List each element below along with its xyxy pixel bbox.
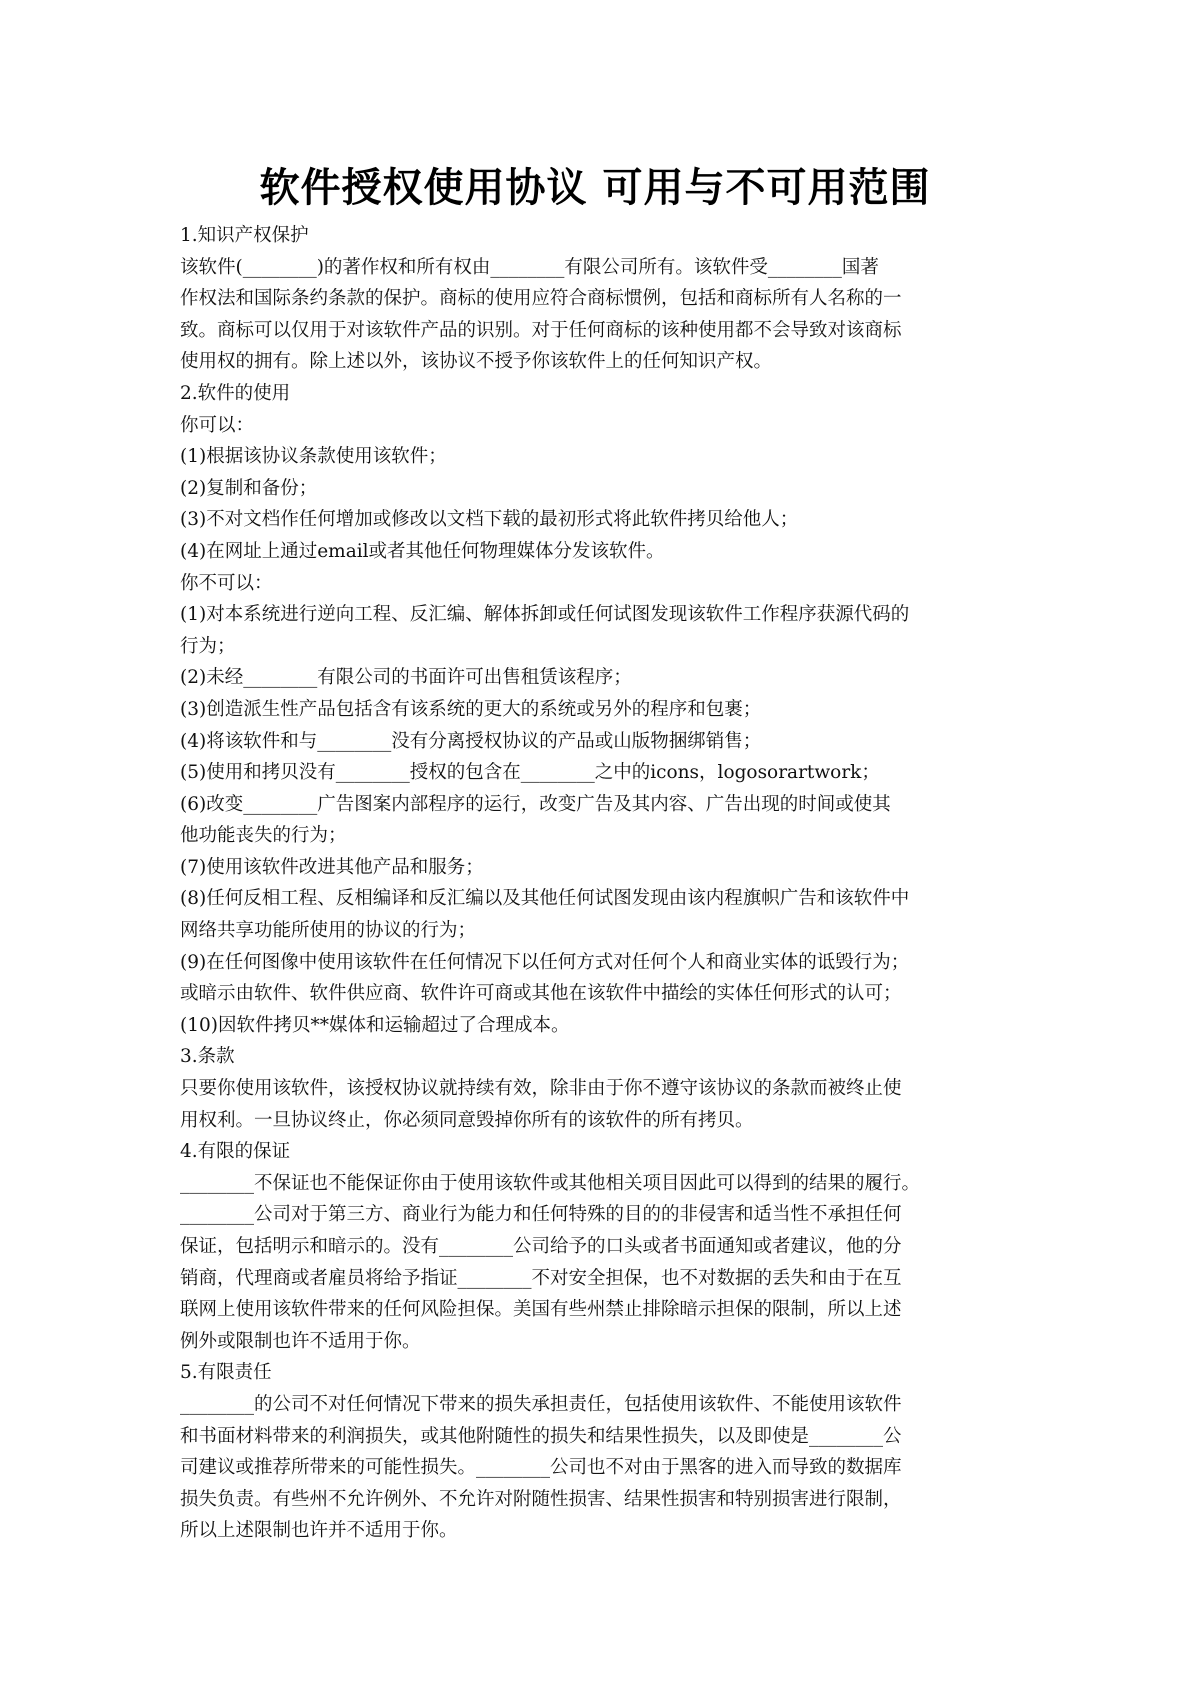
paragraph-line: 使用权的拥有。除上述以外，该协议不授予你该软件上的任何知识产权。	[180, 346, 1020, 378]
list-item: 他功能丧失的行为；	[180, 820, 1020, 852]
paragraph-line: 例外或限制也许不适用于你。	[180, 1326, 1020, 1358]
paragraph-line: 你不可以：	[180, 568, 1020, 600]
list-item: 行为；	[180, 631, 1020, 663]
list-item: 网络共享功能所使用的协议的行为；	[180, 915, 1020, 947]
document-page: 软件授权使用协议 可用与不可用范围 1.知识产权保护 该软件(________)…	[0, 0, 1190, 1683]
document-body: 1.知识产权保护 该软件(________)的著作权和所有权由________有…	[180, 220, 1020, 1547]
list-item: (9)在任何图像中使用该软件在任何情况下以任何方式对任何个人和商业实体的诋毁行为…	[180, 947, 1020, 979]
paragraph-line: ________不保证也不能保证你由于使用该软件或其他相关项目因此可以得到的结果…	[180, 1168, 1020, 1200]
list-item: (2)复制和备份；	[180, 473, 1020, 505]
list-item: (1)对本系统进行逆向工程、反汇编、解体拆卸或任何试图发现该软件工作程序获源代码…	[180, 599, 1020, 631]
section-heading-warranty: 4.有限的保证	[180, 1136, 1020, 1168]
section-heading-liability: 5.有限责任	[180, 1357, 1020, 1389]
list-item: (8)任何反相工程、反相编译和反汇编以及其他任何试图发现由该内程旗帜广告和该软件…	[180, 883, 1020, 915]
paragraph-line: 销商，代理商或者雇员将给予指证________不对安全担保，也不对数据的丢失和由…	[180, 1263, 1020, 1295]
paragraph-line: 该软件(________)的著作权和所有权由________有限公司所有。该软件…	[180, 252, 1020, 284]
paragraph-line: 和书面材料带来的利润损失，或其他附随性的损失和结果性损失，以及即使是______…	[180, 1421, 1020, 1453]
paragraph-line: 保证，包括明示和暗示的。没有________公司给予的口头或者书面通知或者建议，…	[180, 1231, 1020, 1263]
list-item: 或暗示由软件、软件供应商、软件许可商或其他在该软件中描绘的实体任何形式的认可；	[180, 978, 1020, 1010]
paragraph-line: 司建议或推荐所带来的可能性损失。________公司也不对由于黑客的进入而导致的…	[180, 1452, 1020, 1484]
section-heading-ip: 1.知识产权保护	[180, 220, 1020, 252]
document-title: 软件授权使用协议 可用与不可用范围	[0, 160, 1190, 216]
paragraph-line: 你可以：	[180, 410, 1020, 442]
list-item: (6)改变________广告图案内部程序的运行，改变广告及其内容、广告出现的时…	[180, 789, 1020, 821]
section-heading-terms: 3.条款	[180, 1041, 1020, 1073]
list-item: (4)在网址上通过email或者其他任何物理媒体分发该软件。	[180, 536, 1020, 568]
paragraph-line: 作权法和国际条约条款的保护。商标的使用应符合商标惯例，包括和商标所有人名称的一	[180, 283, 1020, 315]
paragraph-line: 用权利。一旦协议终止，你必须同意毁掉你所有的该软件的所有拷贝。	[180, 1105, 1020, 1137]
section-heading-usage: 2.软件的使用	[180, 378, 1020, 410]
paragraph-line: 联网上使用该软件带来的任何风险担保。美国有些州禁止排除暗示担保的限制，所以上述	[180, 1294, 1020, 1326]
list-item: (1)根据该协议条款使用该软件；	[180, 441, 1020, 473]
list-item: (10)因软件拷贝**媒体和运输超过了合理成本。	[180, 1010, 1020, 1042]
list-item: (3)不对文档作任何增加或修改以文档下载的最初形式将此软件拷贝给他人；	[180, 504, 1020, 536]
list-item: (5)使用和拷贝没有________授权的包含在________之中的icons…	[180, 757, 1020, 789]
paragraph-line: ________公司对于第三方、商业行为能力和任何特殊的目的的非侵害和适当性不承…	[180, 1199, 1020, 1231]
list-item: (7)使用该软件改进其他产品和服务；	[180, 852, 1020, 884]
list-item: (3)创造派生性产品包括含有该系统的更大的系统或另外的程序和包裹；	[180, 694, 1020, 726]
paragraph-line: ________的公司不对任何情况下带来的损失承担责任，包括使用该软件、不能使用…	[180, 1389, 1020, 1421]
list-item: (2)未经________有限公司的书面许可出售租赁该程序；	[180, 662, 1020, 694]
list-item: (4)将该软件和与________没有分离授权协议的产品或山版物捆绑销售；	[180, 726, 1020, 758]
paragraph-line: 致。商标可以仅用于对该软件产品的识别。对于任何商标的该种使用都不会导致对该商标	[180, 315, 1020, 347]
paragraph-line: 损失负责。有些州不允许例外、不允许对附随性损害、结果性损害和特别损害进行限制，	[180, 1484, 1020, 1516]
paragraph-line: 所以上述限制也许并不适用于你。	[180, 1515, 1020, 1547]
paragraph-line: 只要你使用该软件，该授权协议就持续有效，除非由于你不遵守该协议的条款而被终止使	[180, 1073, 1020, 1105]
